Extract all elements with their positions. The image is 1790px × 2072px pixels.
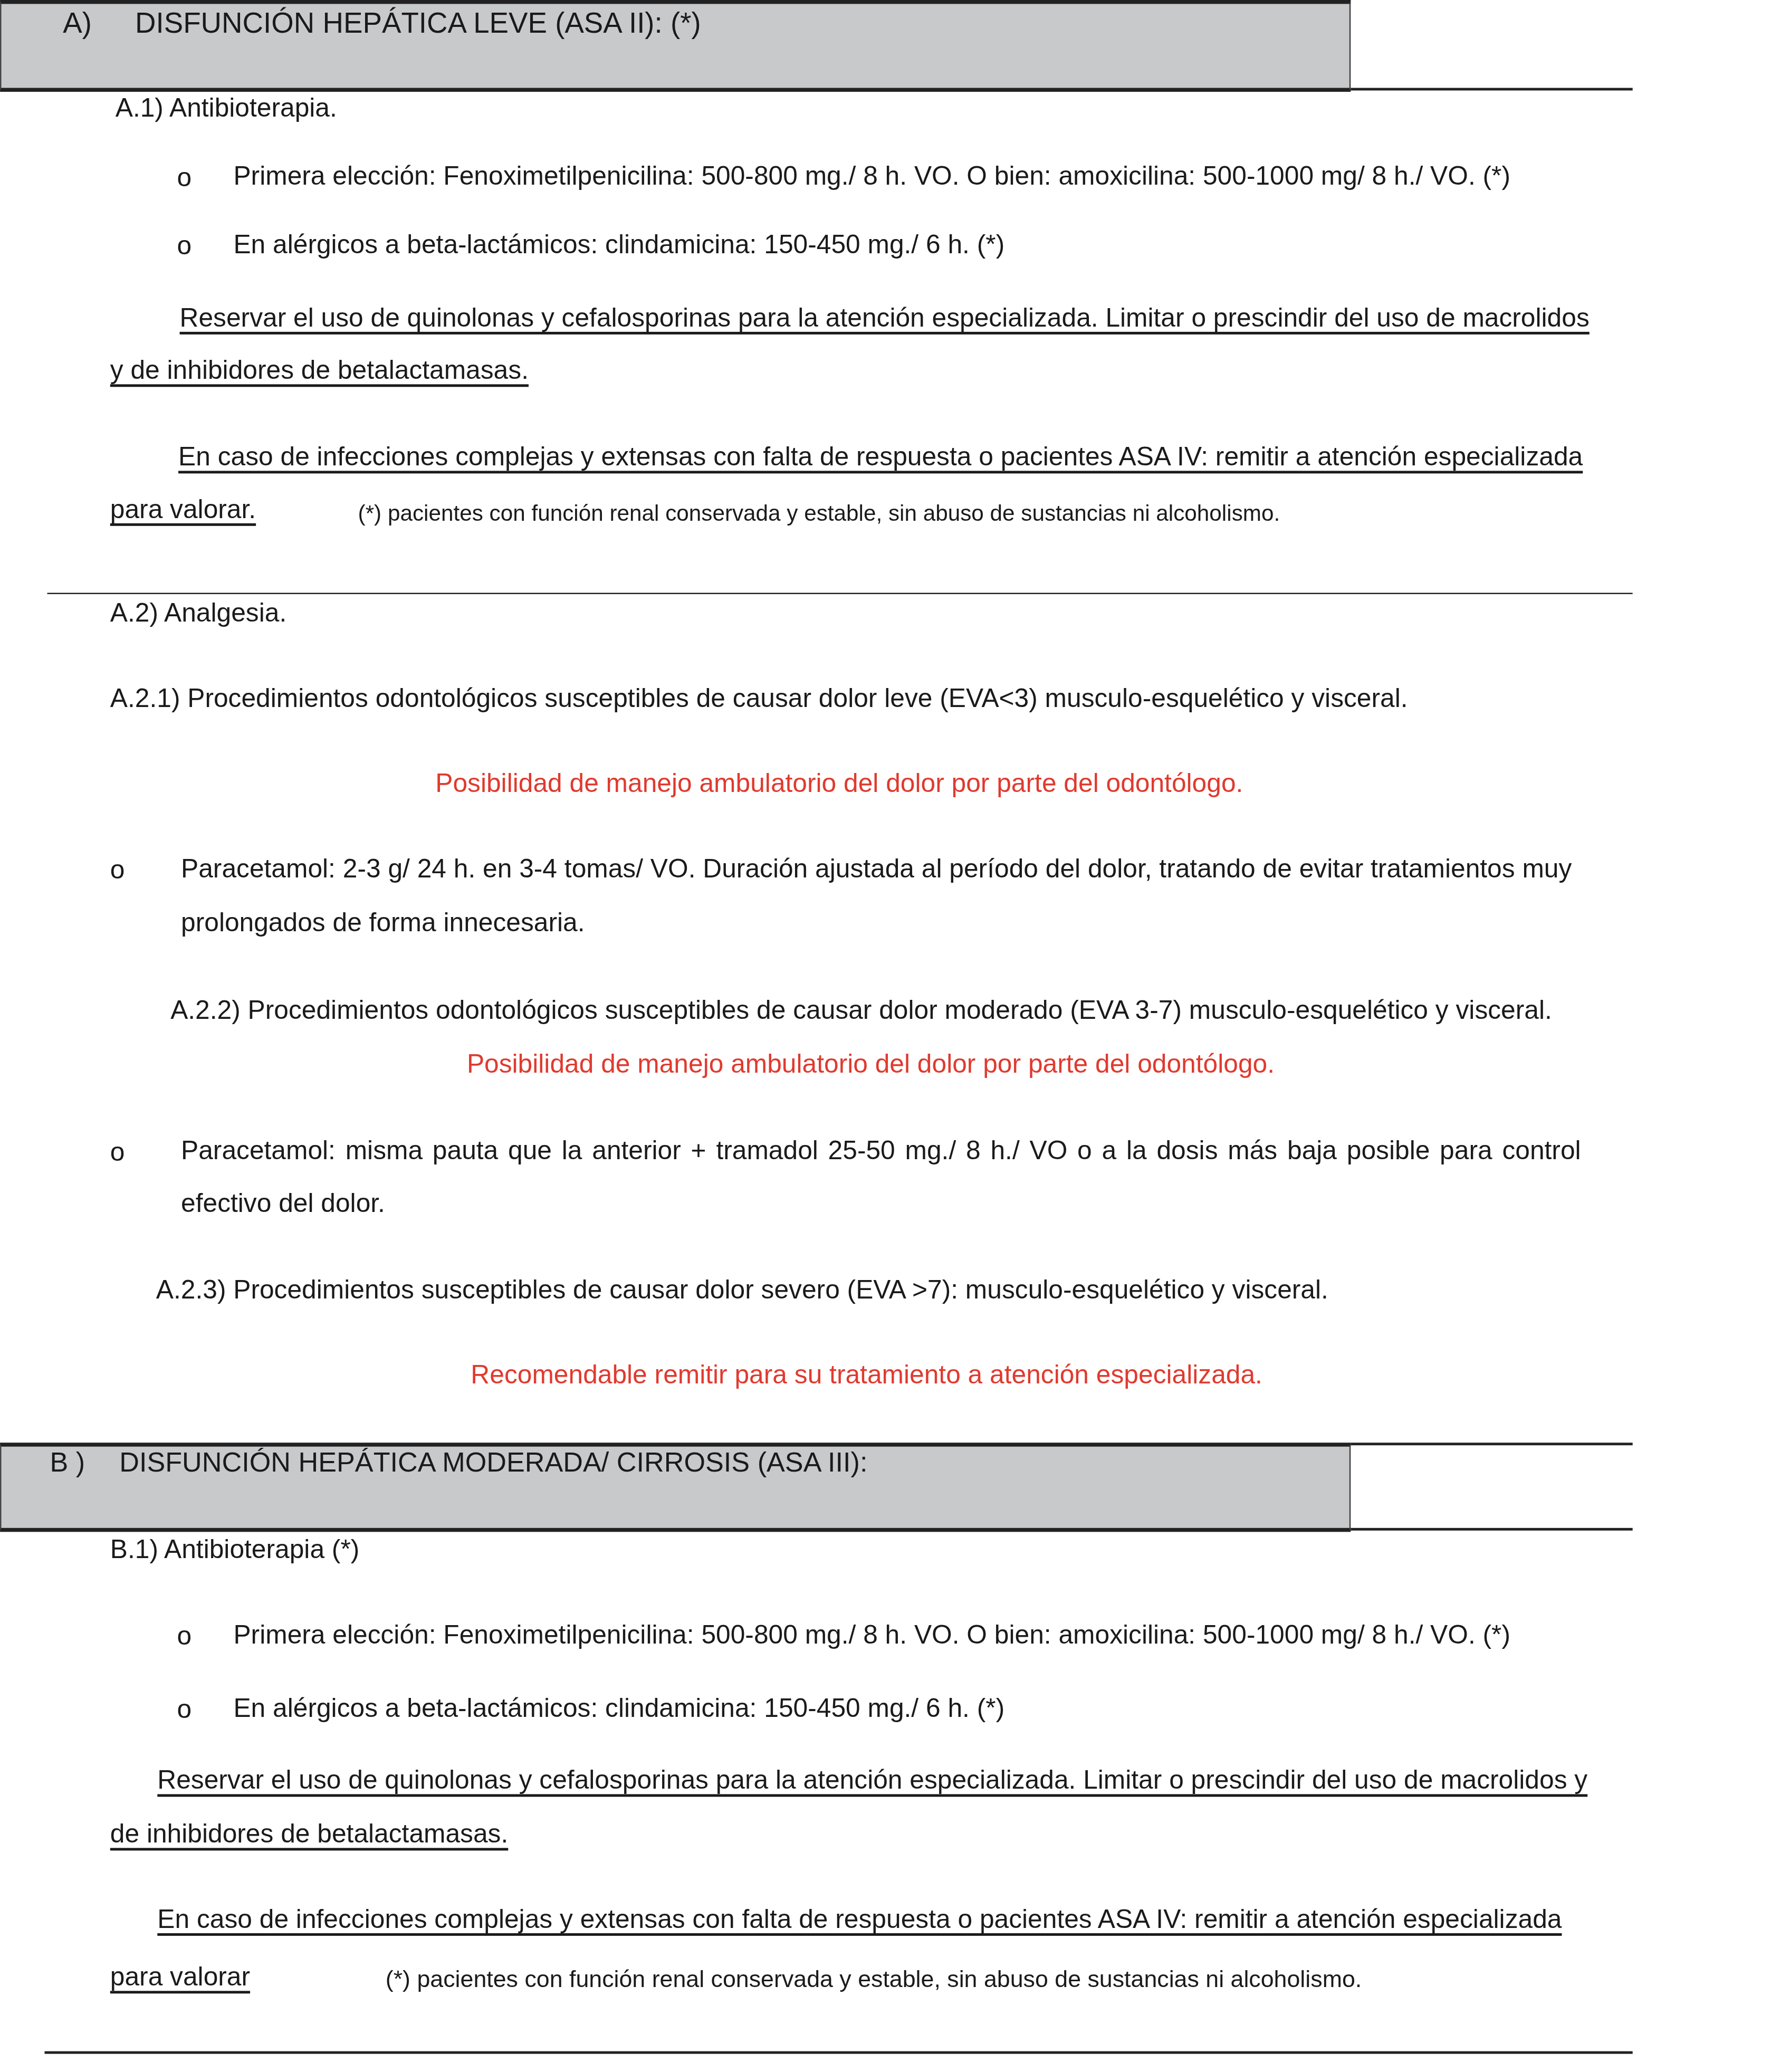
bottom-rule bbox=[45, 2051, 1633, 2054]
a1-item-allergic: En alérgicos a beta-lactámicos: clindami… bbox=[233, 231, 1004, 261]
a1-heading: A.1) Antibioterapia. bbox=[116, 94, 337, 125]
a2-heading: A.2) Analgesia. bbox=[110, 599, 286, 629]
a22-item-line2: efectivo del dolor. bbox=[181, 1190, 385, 1220]
b1-heading: B.1) Antibioterapia (*) bbox=[110, 1536, 360, 1566]
bullet-marker: o bbox=[177, 164, 192, 194]
section-a-title: DISFUNCIÓN HEPÁTICA LEVE (ASA II): (*) bbox=[135, 6, 701, 41]
document-page: A) DISFUNCIÓN HEPÁTICA LEVE (ASA II): (*… bbox=[0, 0, 1790, 2072]
b1-complex-line1: En caso de infecciones complejas y exten… bbox=[157, 1906, 1562, 1936]
b1-item-first-choice: Primera elección: Fenoximetilpenicilina:… bbox=[233, 1621, 1510, 1651]
divider bbox=[47, 593, 1632, 594]
a23-note: Recomendable remitir para su tratamiento… bbox=[471, 1361, 1262, 1391]
bullet-marker: o bbox=[110, 1139, 125, 1169]
a1-reserve-line1: Reservar el uso de quinolonas y cefalosp… bbox=[180, 304, 1590, 335]
bullet-marker: o bbox=[110, 856, 125, 886]
section-b-header-rule-top bbox=[1351, 1443, 1632, 1445]
a1-footnote: (*) pacientes con función renal conserva… bbox=[358, 501, 1280, 528]
section-b-title: DISFUNCIÓN HEPÁTICA MODERADA/ CIRROSIS (… bbox=[119, 1448, 867, 1479]
a1-reserve-line2: y de inhibidores de betalactamasas. bbox=[110, 357, 529, 387]
a22-note: Posibilidad de manejo ambulatorio del do… bbox=[467, 1051, 1275, 1081]
bullet-marker: o bbox=[177, 1622, 192, 1653]
a21-note: Posibilidad de manejo ambulatorio del do… bbox=[435, 770, 1243, 800]
a21-item-line2: prolongados de forma innecesaria. bbox=[181, 909, 585, 939]
a22-heading: A.2.2) Procedimientos odontológicos susc… bbox=[170, 997, 1552, 1027]
section-b-letter: B ) bbox=[50, 1448, 85, 1479]
a1-complex-line1: En caso de infecciones complejas y exten… bbox=[178, 443, 1583, 473]
section-b-header-rule-bottom bbox=[1351, 1528, 1632, 1531]
bullet-marker: o bbox=[177, 232, 192, 262]
b1-reserve-line1: Reservar el uso de quinolonas y cefalosp… bbox=[157, 1767, 1587, 1797]
a23-heading: A.2.3) Procedimientos susceptibles de ca… bbox=[156, 1276, 1328, 1306]
a21-item-line1: Paracetamol: 2-3 g/ 24 h. en 3-4 tomas/ … bbox=[181, 855, 1572, 885]
a22-item-line1: Paracetamol: misma pauta que la anterior… bbox=[181, 1137, 1581, 1167]
a1-item-first-choice: Primera elección: Fenoximetilpenicilina:… bbox=[233, 163, 1510, 193]
section-a-header-rule bbox=[1351, 88, 1632, 91]
a1-complex-line2: para valorar. bbox=[110, 496, 256, 526]
b1-footnote: (*) pacientes con función renal conserva… bbox=[386, 1966, 1362, 1993]
b1-complex-line2: para valorar bbox=[110, 1963, 250, 1993]
section-a-letter: A) bbox=[63, 6, 92, 41]
bullet-marker: o bbox=[177, 1696, 192, 1726]
a21-heading: A.2.1) Procedimientos odontológicos susc… bbox=[110, 685, 1408, 715]
b1-item-allergic: En alérgicos a beta-lactámicos: clindami… bbox=[233, 1695, 1004, 1725]
b1-reserve-line2: de inhibidores de betalactamasas. bbox=[110, 1820, 508, 1850]
